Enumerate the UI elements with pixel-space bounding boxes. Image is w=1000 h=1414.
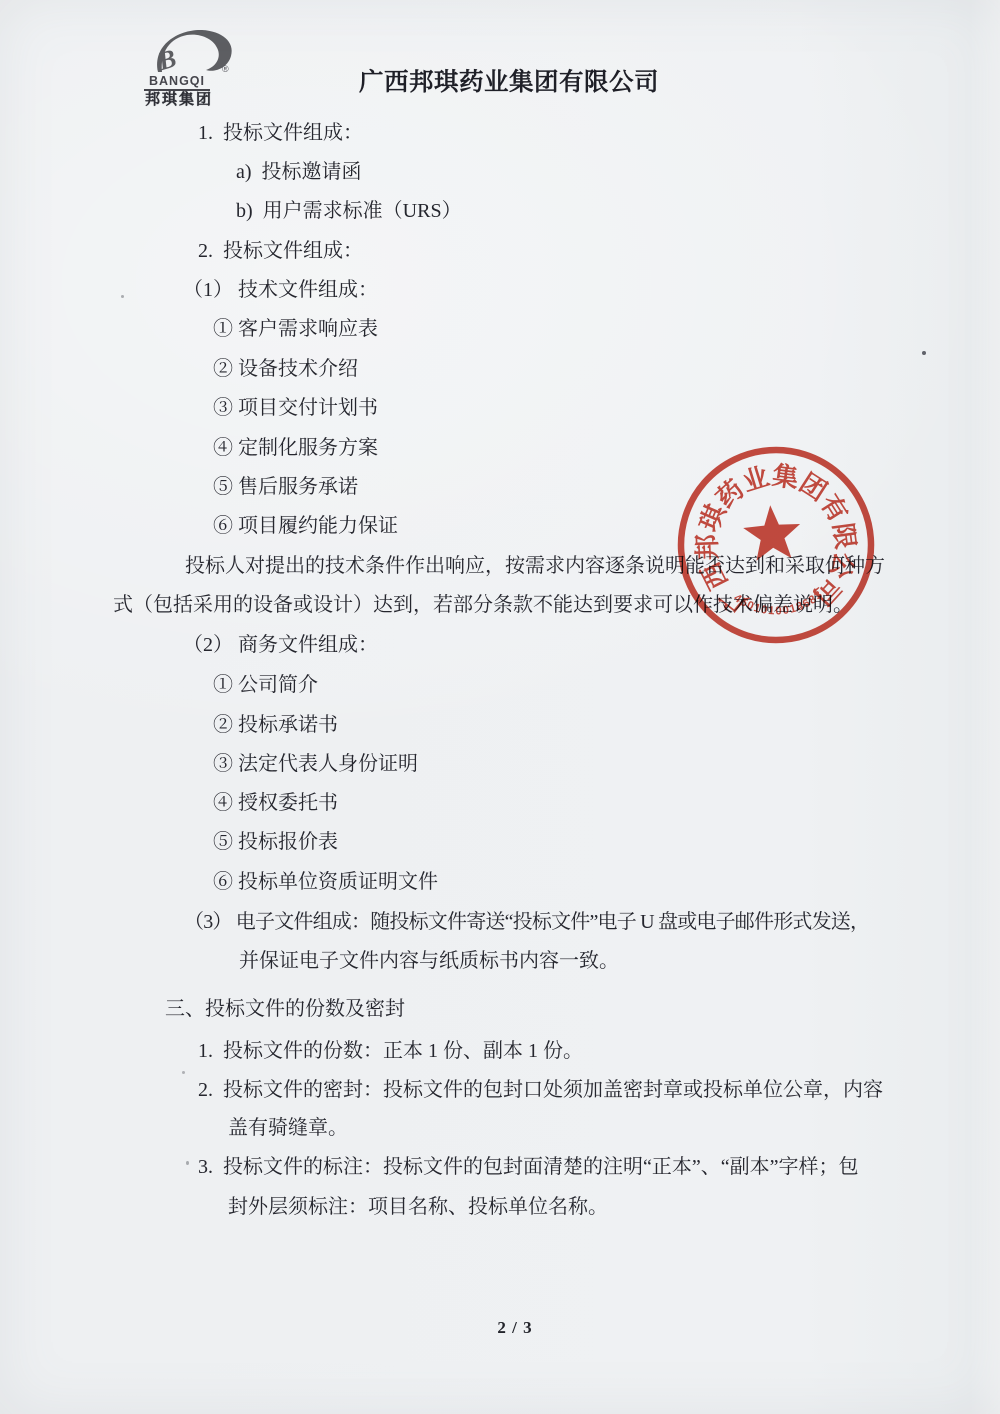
company-logo: B ® BANGQI 邦琪集团 bbox=[138, 24, 242, 110]
body-line: ⑤ 售后服务承诺 bbox=[213, 475, 358, 499]
body-line: ④ 授权委托书 bbox=[213, 791, 338, 815]
body-line: ⑥ 投标单位资质证明文件 bbox=[213, 870, 438, 894]
body-line: b) 用户需求标准（URS） bbox=[236, 199, 462, 223]
scan-speck bbox=[922, 351, 926, 355]
body-line: ② 设备技术介绍 bbox=[213, 357, 358, 381]
body-line: 1. 投标文件的份数：正本 1 份、副本 1 份。 bbox=[198, 1039, 583, 1063]
body-line: 3. 投标文件的标注：投标文件的包封面清楚的注明“正本”、“副本”字样；包 bbox=[198, 1155, 859, 1179]
company-seal: 广西邦琪药业集团有限公司 4501010018683 bbox=[631, 400, 921, 690]
body-line: ① 公司简介 bbox=[213, 673, 318, 697]
body-line: 并保证电子文件内容与纸质标书内容一致。 bbox=[239, 949, 619, 973]
body-line: a) 投标邀请函 bbox=[236, 160, 362, 184]
body-line: ⑤ 投标报价表 bbox=[213, 830, 338, 854]
body-line: 2. 投标文件的密封：投标文件的包封口处须加盖密封章或投标单位公章，内容 bbox=[198, 1078, 883, 1102]
body-line: 封外层须标注：项目名称、投标单位名称。 bbox=[228, 1195, 608, 1219]
body-line: ② 投标承诺书 bbox=[213, 713, 338, 737]
body-line: （2） 商务文件组成： bbox=[183, 633, 378, 657]
body-line: ③ 项目交付计划书 bbox=[213, 396, 378, 420]
document-page: B ® BANGQI 邦琪集团 广西邦琪药业集团有限公司 1. 投标文件组成： … bbox=[0, 0, 1000, 1414]
body-line: （1） 技术文件组成： bbox=[183, 278, 378, 302]
section-heading: 三、投标文件的份数及密封 bbox=[165, 997, 405, 1021]
body-line: 1. 投标文件组成： bbox=[198, 121, 363, 145]
body-line: （3） 电子文件组成：随投标文件寄送“投标文件”电子 U 盘或电子邮件形式发送， bbox=[184, 910, 869, 934]
svg-text:B: B bbox=[154, 43, 180, 76]
body-line: ① 客户需求响应表 bbox=[213, 317, 378, 341]
body-line: ⑥ 项目履约能力保证 bbox=[213, 514, 398, 538]
seal-star-icon bbox=[742, 503, 803, 561]
body-line: ③ 法定代表人身份证明 bbox=[213, 752, 418, 776]
document-title: 广西邦琪药业集团有限公司 bbox=[359, 63, 659, 98]
body-line: 2. 投标文件组成： bbox=[198, 239, 363, 263]
scan-speck bbox=[186, 1161, 189, 1165]
scan-speck bbox=[121, 295, 124, 298]
logo-brand-cjk: 邦琪集团 bbox=[141, 88, 217, 109]
body-line: 盖有骑缝章。 bbox=[228, 1116, 348, 1140]
scan-speck bbox=[182, 1071, 185, 1074]
registered-mark: ® bbox=[222, 64, 229, 74]
page-number: 2 / 3 bbox=[460, 1318, 570, 1338]
body-line: ④ 定制化服务方案 bbox=[213, 436, 378, 460]
